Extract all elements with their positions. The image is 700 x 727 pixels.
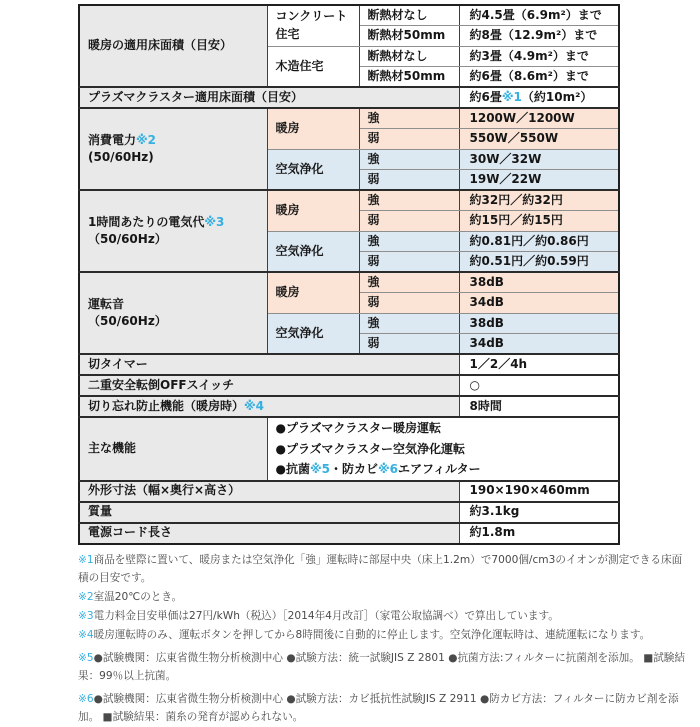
value-cell: 約8畳（12.9m²）まで — [459, 26, 619, 47]
cell-weak: 弱 — [359, 129, 459, 150]
row-label-off-timer: 切タイマー — [79, 354, 459, 375]
cell-strong: 強 — [359, 272, 459, 293]
footnote-text: 室温20℃のとき。 — [94, 591, 183, 603]
value-cell: 約32円／約32円 — [459, 190, 619, 211]
value-cell: 約4.5畳（6.9m²）まで — [459, 5, 619, 26]
value-cell: 38dB — [459, 313, 619, 334]
cell-air-purify-mode: 空気浄化 — [267, 231, 359, 272]
cell-weak: 弱 — [359, 252, 459, 273]
row-label-main-features: 主な機能 — [79, 417, 267, 481]
value-cell: 約15円／約15円 — [459, 211, 619, 232]
row-label-text: 暖房の適用床面積（目安） — [88, 38, 232, 52]
cell-heating-mode: 暖房 — [267, 108, 359, 149]
value-cell: 190×190×460mm — [459, 481, 619, 502]
footnote-mark: ※6 — [78, 693, 94, 705]
cell-heating-mode: 暖房 — [267, 272, 359, 313]
row-label-plasmacluster-area: プラズマクラスター適用床面積（目安） — [79, 87, 459, 108]
value-cell: 1200W／1200W — [459, 108, 619, 129]
cell-strong: 強 — [359, 231, 459, 252]
footnote-ref-6: ※6 — [378, 462, 398, 476]
cell-insulation-50mm: 断熱材50mm — [359, 26, 459, 47]
row-label-tipover-switch: 二重安全転倒OFFスイッチ — [79, 375, 459, 396]
footnote-mark: ※5 — [78, 652, 94, 664]
table-row: 主な機能 ●プラズマクラスター暖房運転 ●プラズマクラスター空気浄化運転 ●抗菌… — [79, 417, 619, 481]
footnote-1: ※1商品を壁際に置いて、暖房または空気浄化「強」運転時に部屋中央（床上1.2m）… — [78, 551, 690, 587]
cell-main-features: ●プラズマクラスター暖房運転 ●プラズマクラスター空気浄化運転 ●抗菌※5・防カ… — [267, 417, 619, 481]
value-cell: ○ — [459, 375, 619, 396]
footnote-mark: ※3 — [78, 610, 94, 622]
value-cell: 約3畳（4.9m²）まで — [459, 46, 619, 67]
value-cell: 約6畳（8.6m²）まで — [459, 67, 619, 88]
value-cell: 550W／550W — [459, 129, 619, 150]
cell-strong: 強 — [359, 149, 459, 170]
footnote-ref-1: ※1 — [502, 90, 522, 104]
cell-strong: 強 — [359, 108, 459, 129]
footnote-5: ※5●試験機関：広東省微生物分析検測中心 ●試験方法：統一試験JIS Z 280… — [78, 649, 690, 685]
row-label-heating-area: 暖房の適用床面積（目安） — [79, 5, 267, 87]
cell-weak: 弱 — [359, 211, 459, 232]
row-label-power-consumption: 消費電力※2(50/60Hz) — [79, 108, 267, 190]
footnote-text: 商品を壁際に置いて、暖房または空気浄化「強」運転時に部屋中央（床上1.2m）で7… — [78, 554, 682, 584]
footnote-text: 暖房運転時のみ、運転ボタンを押してから8時間後に自動的に停止します。空気浄化運転… — [94, 629, 651, 641]
value-cell: 8時間 — [459, 396, 619, 417]
cell-weak: 弱 — [359, 334, 459, 355]
row-label-weight: 質量 — [79, 502, 459, 523]
cell-wooden-house: 木造住宅 — [267, 46, 359, 87]
value-cell: 1／2／4h — [459, 354, 619, 375]
footnote-4: ※4暖房運転時のみ、運転ボタンを押してから8時間後に自動的に停止します。空気浄化… — [78, 626, 690, 644]
product-spec-page: 暖房の適用床面積（目安） コンクリート住宅 断熱材なし 約4.5畳（6.9m²）… — [78, 4, 692, 727]
cell-weak: 弱 — [359, 293, 459, 314]
table-row: 運転音（50/60Hz） 暖房 強 38dB — [79, 272, 619, 293]
row-label-auto-off: 切り忘れ防止機能（暖房時）※4 — [79, 396, 459, 417]
footnote-mark: ※2 — [78, 591, 94, 603]
table-row: 二重安全転倒OFFスイッチ ○ — [79, 375, 619, 396]
cell-concrete-house: コンクリート住宅 — [267, 5, 359, 46]
footnote-ref-4: ※4 — [244, 399, 264, 413]
value-cell: 約0.51円／約0.59円 — [459, 252, 619, 273]
cell-no-insulation: 断熱材なし — [359, 46, 459, 67]
table-row: 外形寸法（幅×奥行×高さ） 190×190×460mm — [79, 481, 619, 502]
cell-insulation-50mm: 断熱材50mm — [359, 67, 459, 88]
table-row: 消費電力※2(50/60Hz) 暖房 強 1200W／1200W — [79, 108, 619, 129]
table-row: 電源コード長さ 約1.8m — [79, 523, 619, 544]
feature-item: ●抗菌※5・防カビ※6エアフィルター — [276, 459, 617, 480]
cell-heating-mode: 暖房 — [267, 190, 359, 231]
footnotes: ※1商品を壁際に置いて、暖房または空気浄化「強」運転時に部屋中央（床上1.2m）… — [78, 551, 690, 726]
value-cell: 約0.81円／約0.86円 — [459, 231, 619, 252]
footnote-mark: ※4 — [78, 629, 94, 641]
value-cell: 19W／22W — [459, 170, 619, 191]
table-row: 質量 約3.1kg — [79, 502, 619, 523]
table-row: プラズマクラスター適用床面積（目安） 約6畳※1（約10m²） — [79, 87, 619, 108]
table-row: 切タイマー 1／2／4h — [79, 354, 619, 375]
feature-item: ●プラズマクラスター空気浄化運転 — [276, 439, 617, 460]
cell-air-purify-mode: 空気浄化 — [267, 313, 359, 354]
footnote-text: 電力料金目安単価は27円/kWh（税込）［2014年4月改訂］（家電公取協調べ）… — [94, 610, 559, 622]
row-label-electricity-cost: 1時間あたりの電気代※3（50/60Hz） — [79, 190, 267, 272]
footnote-3: ※3電力料金目安単価は27円/kWh（税込）［2014年4月改訂］（家電公取協調… — [78, 607, 690, 625]
footnote-mark: ※1 — [78, 554, 94, 566]
row-label-operating-noise: 運転音（50/60Hz） — [79, 272, 267, 354]
value-cell: 約6畳※1（約10m²） — [459, 87, 619, 108]
value-cell: 34dB — [459, 334, 619, 355]
value-cell: 30W／32W — [459, 149, 619, 170]
row-label-cord-length: 電源コード長さ — [79, 523, 459, 544]
feature-item: ●プラズマクラスター暖房運転 — [276, 418, 617, 439]
row-label-dimensions: 外形寸法（幅×奥行×高さ） — [79, 481, 459, 502]
cell-no-insulation: 断熱材なし — [359, 5, 459, 26]
footnote-ref-2: ※2 — [136, 133, 156, 147]
cell-strong: 強 — [359, 190, 459, 211]
table-row: 1時間あたりの電気代※3（50/60Hz） 暖房 強 約32円／約32円 — [79, 190, 619, 211]
footnote-ref-5: ※5 — [310, 462, 330, 476]
table-row: 切り忘れ防止機能（暖房時）※4 8時間 — [79, 396, 619, 417]
value-cell: 約1.8m — [459, 523, 619, 544]
cell-air-purify-mode: 空気浄化 — [267, 149, 359, 190]
footnote-text: ●試験機関：広東省微生物分析検測中心 ●試験方法：統一試験JIS Z 2801 … — [78, 652, 685, 682]
table-row: 暖房の適用床面積（目安） コンクリート住宅 断熱材なし 約4.5畳（6.9m²）… — [79, 5, 619, 26]
circle-mark: ○ — [470, 378, 480, 392]
spec-table: 暖房の適用床面積（目安） コンクリート住宅 断熱材なし 約4.5畳（6.9m²）… — [78, 4, 620, 545]
value-cell: 約3.1kg — [459, 502, 619, 523]
value-cell: 34dB — [459, 293, 619, 314]
footnote-ref-3: ※3 — [204, 215, 224, 229]
footnote-2: ※2室温20℃のとき。 — [78, 588, 690, 606]
cell-strong: 強 — [359, 313, 459, 334]
value-cell: 38dB — [459, 272, 619, 293]
cell-weak: 弱 — [359, 170, 459, 191]
footnote-6: ※6●試験機関：広東省微生物分析検測中心 ●試験方法：カビ抵抗性試験JIS Z … — [78, 690, 690, 726]
footnote-text: ●試験機関：広東省微生物分析検測中心 ●試験方法：カビ抵抗性試験JIS Z 29… — [78, 693, 679, 723]
